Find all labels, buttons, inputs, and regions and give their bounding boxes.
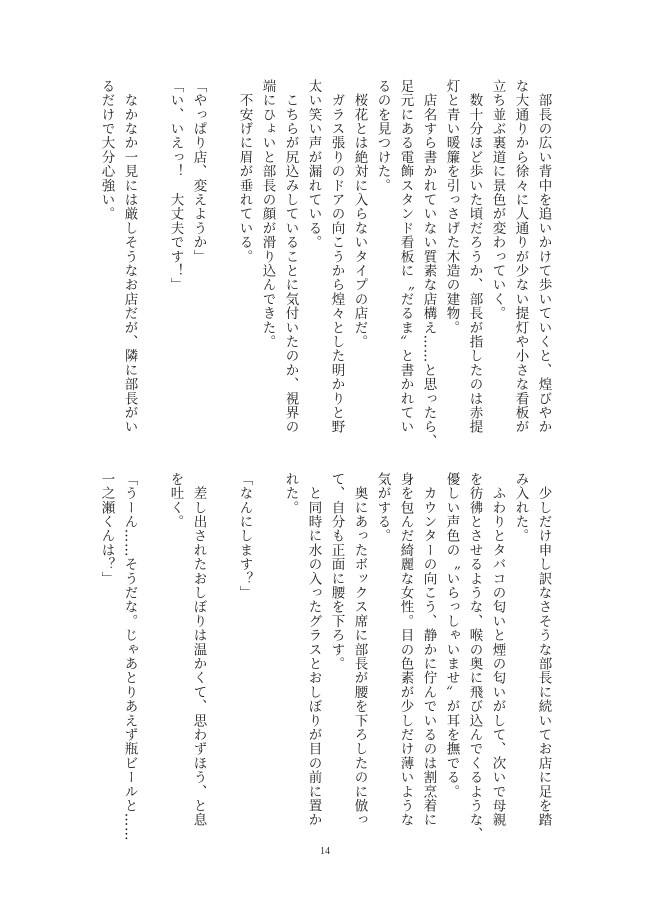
text-line: 立ち並ぶ裏道に景色が変わっていく。 bbox=[486, 79, 509, 443]
text-line: て、自分も正面に腰を下ろす。 bbox=[325, 472, 348, 836]
text-line: を彷彿とさせるような、喉の奥に飛び込んでくるような、 bbox=[463, 472, 486, 836]
text-line: カウンターの向こう、静かに佇んでいるのは割烹着に bbox=[417, 472, 440, 836]
text-line: るのを見つけた。 bbox=[371, 79, 394, 443]
text-line: ふわりとタバコの匂いと煙の匂いがして、次いで母親 bbox=[486, 472, 509, 836]
text-line: 桜花とは絶対に入らないタイプの店だ。 bbox=[348, 79, 371, 443]
dialogue-line: 「い、いえっ！ 大丈夫です！」 bbox=[164, 79, 187, 443]
text-line: な大通りから徐々に人通りが少ない提灯や小さな看板が bbox=[509, 79, 532, 443]
text-line: こちらが尻込みしていることに気付いたのか、視界の bbox=[279, 79, 302, 443]
text-line: 奥にあったボックス席に部長が腰を下ろしたのに倣っ bbox=[348, 472, 371, 836]
text-line: 優しい声色の〝いらっしゃいませ〟が耳を撫でる。 bbox=[440, 472, 463, 836]
text-line: 数十分ほど歩いた頃だろうか、部長が指したのは赤提 bbox=[463, 79, 486, 443]
text-line: 灯と青い暖簾を引っさげた木造の建物。 bbox=[440, 79, 463, 443]
dialogue-line: 「うーん……そうだな。じゃあとりあえず瓶ビールと…… bbox=[118, 472, 141, 836]
text-line: 気がする。 bbox=[371, 472, 394, 836]
text-line: 足元にある電飾スタンド看板に〝だるま〟と書かれてい bbox=[394, 79, 417, 443]
dialogue-line: 「やっぱり店、変えようか」 bbox=[187, 79, 210, 443]
blank-line bbox=[210, 79, 233, 443]
text-line: み入れた。 bbox=[509, 472, 532, 836]
text-line: ガラス張りのドアの向こうから煌々とした明かりと野 bbox=[325, 79, 348, 443]
blank-line bbox=[210, 472, 233, 836]
dialogue-line: 「なんにします？」 bbox=[233, 472, 256, 836]
text-line: 部長の広い背中を追いかけて歩いていくと、煌びやか bbox=[532, 79, 555, 443]
text-line: 少しだけ申し訳なさそうな部長に続いてお店に足を踏 bbox=[532, 472, 555, 836]
text-line: を吐く。 bbox=[164, 472, 187, 836]
text-line: 不安げに眉が垂れている。 bbox=[233, 79, 256, 443]
text-line: 太い笑い声が漏れている。 bbox=[302, 79, 325, 443]
text-line: 身を包んだ綺麗な女性。目の色素が少しだけ薄いような bbox=[394, 472, 417, 836]
text-block-bottom: 少しだけ申し訳なさそうな部長に続いてお店に足を踏 み入れた。 ふわりとタバコの匂… bbox=[95, 472, 555, 836]
text-block-top: 部長の広い背中を追いかけて歩いていくと、煌びやか な大通りから徐々に人通りが少な… bbox=[95, 79, 555, 443]
text-line: 端にひょいと部長の顔が滑り込んできた。 bbox=[256, 79, 279, 443]
text-line: るだけで大分心強い。 bbox=[95, 79, 118, 443]
blank-line bbox=[141, 79, 164, 443]
blank-line bbox=[141, 472, 164, 836]
text-line: と同時に水の入ったグラスとおしぼりが目の前に置か bbox=[302, 472, 325, 836]
dialogue-line: 一之瀬くんは？」 bbox=[95, 472, 118, 836]
text-line: 店名すら書かれていない質素な店構え……と思ったら、 bbox=[417, 79, 440, 443]
text-line: 差し出されたおしぼりは温かくて、思わずほう、と息 bbox=[187, 472, 210, 836]
page-number: 14 bbox=[0, 846, 650, 857]
text-line: れた。 bbox=[279, 472, 302, 836]
text-line: なかなか一見には厳しそうなお店だが、隣に部長がい bbox=[118, 79, 141, 443]
blank-line bbox=[256, 472, 279, 836]
